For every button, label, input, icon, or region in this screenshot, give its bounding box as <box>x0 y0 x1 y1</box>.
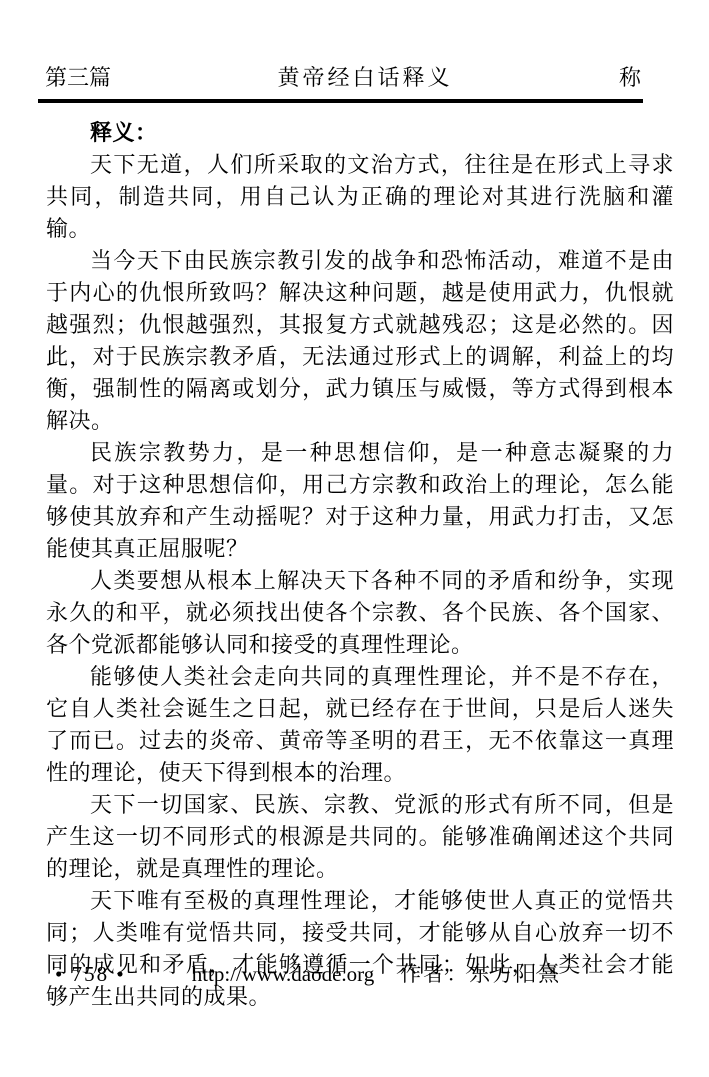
site-url: http://www.daode.org <box>192 959 375 989</box>
paragraph: 当今天下由民族宗教引发的战争和恐怖活动，难道不是由于内心的仇恨所致吗？解决这种问… <box>46 245 674 437</box>
author-credit: 作者：东方阳熹 <box>400 959 561 989</box>
page-number: • 758 • <box>55 959 126 989</box>
paragraph: 天下无道，人们所采取的文治方式，往往是在形式上寻求共同，制造共同，用自己认为正确… <box>46 149 674 245</box>
paragraph: 天下唯有至极的真理性理论，才能够使世人真正的觉悟共同；人类唯有觉悟共同，接受共同… <box>46 885 674 1013</box>
page-header: 第三篇 黄帝经白话释义 称 <box>45 64 665 94</box>
paragraph: 天下一切国家、民族、宗教、党派的形式有所不同，但是产生这一切不同形式的根源是共同… <box>46 789 674 885</box>
paragraph: 民族宗教势力，是一种思想信仰，是一种意志凝聚的力量。对于这种思想信仰，用己方宗教… <box>46 437 674 565</box>
section-heading: 释义： <box>46 117 674 149</box>
page-body: 释义： 天下无道，人们所采取的文治方式，往往是在形式上寻求共同，制造共同，用自己… <box>46 117 674 1013</box>
header-book-title: 黄帝经白话释义 <box>277 64 452 94</box>
page-footer: • 758 • http://www.daode.org 作者：东方阳熹 <box>55 959 655 989</box>
book-page: 第三篇 黄帝经白话释义 称 释义： 天下无道，人们所采取的文治方式，往往是在形式… <box>0 0 709 1077</box>
header-rule <box>38 99 643 103</box>
header-section-label: 第三篇 <box>45 64 111 94</box>
header-chapter-label: 称 <box>619 64 665 94</box>
paragraph: 人类要想从根本上解决天下各种不同的矛盾和纷争，实现永久的和平，就必须找出使各个宗… <box>46 565 674 661</box>
paragraph: 能够使人类社会走向共同的真理性理论，并不是不存在，它自人类社会诞生之日起，就已经… <box>46 661 674 789</box>
